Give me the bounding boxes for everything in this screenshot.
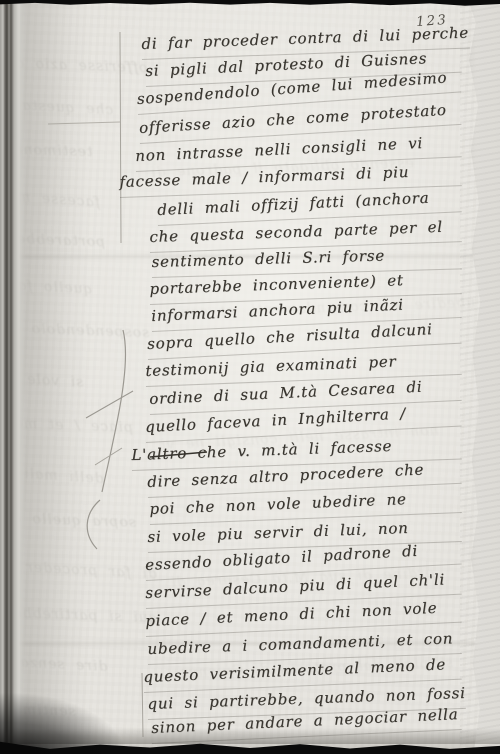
binding-soft-shadow — [20, 0, 90, 754]
book-binding-edge — [0, 0, 26, 754]
bottom-left-corner-shadow — [0, 692, 130, 754]
manuscript-photo: offerisse azio che come protestatoche qu… — [0, 0, 500, 754]
deckle-edge-texture — [460, 0, 500, 754]
